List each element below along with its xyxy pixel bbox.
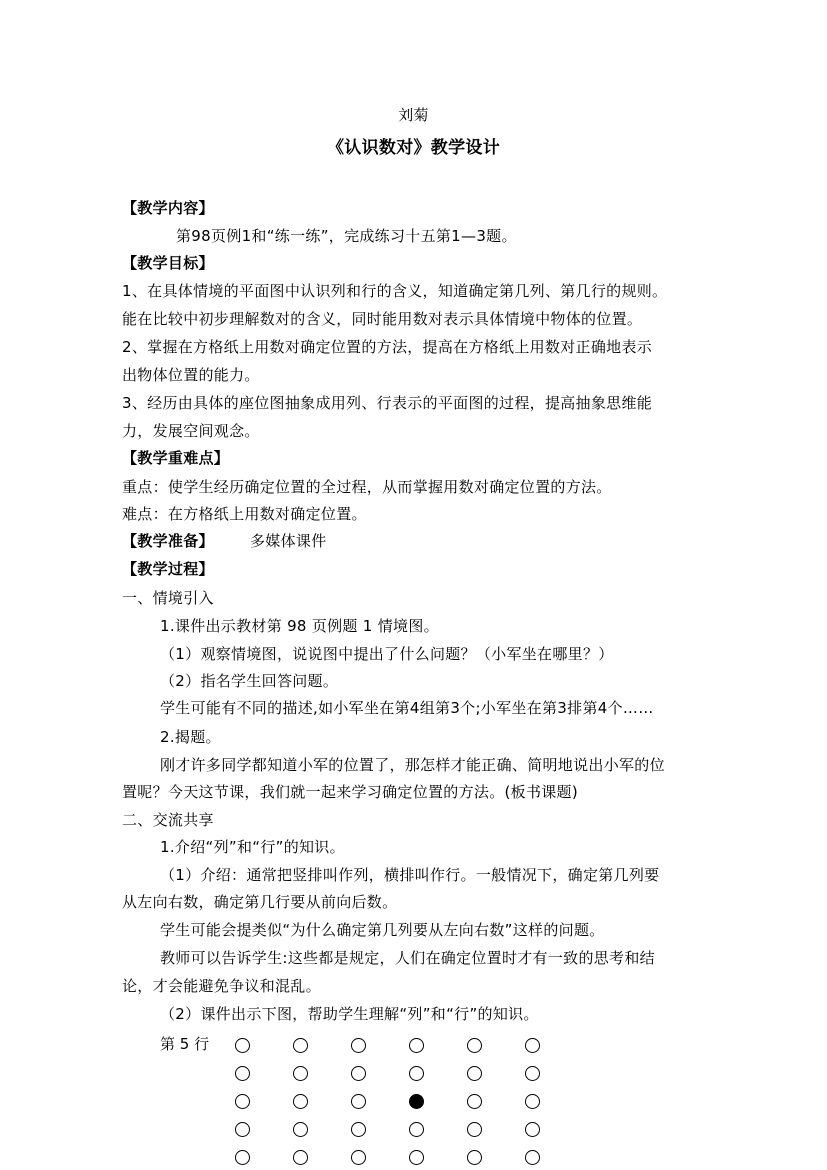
- empty-dot-icon: [409, 1150, 424, 1165]
- process-heading: 【教学过程】: [122, 559, 214, 579]
- empty-dot-icon: [467, 1066, 482, 1081]
- process-line: 学生可能有不同的描述,如小军坐在第4组第3个;小军坐在第3排第4个……: [160, 698, 654, 718]
- process-line: （1）介绍：通常把竖排叫作列，横排叫作行。一般情况下，确定第几列要: [160, 865, 659, 885]
- empty-dot-icon: [351, 1094, 366, 1109]
- empty-dot-icon: [235, 1122, 250, 1137]
- process-line: （1）观察情境图，说说图中提出了什么问题？（小军坐在哪里？）: [160, 644, 614, 664]
- goal-line: 力，发展空间观念。: [122, 421, 260, 441]
- goal-line: 1、在具体情境的平面图中认识列和行的含义，知道确定第几列、第几行的规则。: [122, 281, 667, 301]
- content-heading: 【教学内容】: [122, 198, 214, 218]
- empty-dot-icon: [293, 1150, 308, 1165]
- empty-dot-icon: [351, 1150, 366, 1165]
- empty-dot-icon: [293, 1094, 308, 1109]
- process-line: 2.揭题。: [160, 727, 221, 747]
- goal-line: 能在比较中初步理解数对的含义，同时能用数对表示具体情境中物体的位置。: [122, 309, 642, 329]
- empty-dot-icon: [235, 1150, 250, 1165]
- process-line: 教师可以告诉学生:这些都是规定，人们在确定位置时才有一致的思考和结: [160, 948, 655, 968]
- empty-dot-icon: [525, 1038, 540, 1053]
- process-line: 刚才许多同学都知道小军的位置了，那怎样才能正确、简明地说出小军的位: [160, 755, 665, 775]
- empty-dot-icon: [467, 1150, 482, 1165]
- goal-line: 2、掌握在方格纸上用数对确定位置的方法，提高在方格纸上用数对正确地表示: [122, 337, 652, 357]
- process-line: （2）指名学生回答问题。: [160, 671, 338, 691]
- empty-dot-icon: [525, 1122, 540, 1137]
- empty-dot-icon: [467, 1038, 482, 1053]
- empty-dot-icon: [467, 1094, 482, 1109]
- empty-dot-icon: [409, 1038, 424, 1053]
- document-page: 刘菊 《认识数对》教学设计 【教学内容】 第98页例1和“练一练”，完成练习十五…: [0, 0, 827, 1170]
- content-text: 第98页例1和“练一练”，完成练习十五第1—3题。: [176, 226, 517, 246]
- goal-line: 3、经历由具体的座位图抽象成用列、行表示的平面图的过程，提高抽象思维能: [122, 393, 652, 413]
- empty-dot-icon: [525, 1066, 540, 1081]
- empty-dot-icon: [409, 1122, 424, 1137]
- empty-dot-icon: [235, 1066, 250, 1081]
- empty-dot-icon: [525, 1150, 540, 1165]
- row-label: 第 5 行: [160, 1034, 209, 1054]
- prep-heading: 【教学准备】: [122, 531, 214, 551]
- empty-dot-icon: [235, 1094, 250, 1109]
- empty-dot-icon: [235, 1038, 250, 1053]
- part1-heading: 一、情境引入: [122, 588, 214, 608]
- empty-dot-icon: [351, 1038, 366, 1053]
- empty-dot-icon: [351, 1122, 366, 1137]
- prep-text: 多媒体课件: [250, 531, 327, 551]
- empty-dot-icon: [293, 1038, 308, 1053]
- empty-dot-icon: [351, 1066, 366, 1081]
- part2-heading: 二、交流共享: [122, 810, 214, 830]
- empty-dot-icon: [293, 1122, 308, 1137]
- filled-dot-icon: [409, 1094, 424, 1109]
- goal-line: 出物体位置的能力。: [122, 365, 260, 385]
- empty-dot-icon: [409, 1066, 424, 1081]
- empty-dot-icon: [467, 1122, 482, 1137]
- process-line: （2）课件出示下图，帮助学生理解“列”和“行”的知识。: [160, 1004, 539, 1024]
- key-heading: 【教学重难点】: [122, 448, 229, 468]
- process-line: 1.课件出示教材第 98 页例题 1 情境图。: [160, 616, 439, 636]
- difficult-point: 难点：在方格纸上用数对确定位置。: [122, 504, 367, 524]
- empty-dot-icon: [525, 1094, 540, 1109]
- process-line: 论，才会能避免争议和混乱。: [122, 976, 321, 996]
- author-name: 刘菊: [0, 105, 827, 125]
- empty-dot-icon: [293, 1066, 308, 1081]
- process-line: 置呢？今天这节课，我们就一起来学习确定位置的方法。(板书课题): [122, 782, 578, 802]
- document-title: 《认识数对》教学设计: [0, 138, 827, 158]
- process-line: 学生可能会提类似“为什么确定第几列要从左向右数”这样的问题。: [160, 920, 605, 940]
- goals-heading: 【教学目标】: [122, 253, 214, 273]
- process-line: 1.介绍“列”和“行”的知识。: [160, 837, 345, 857]
- process-line: 从左向右数，确定第几行要从前向后数。: [122, 892, 397, 912]
- key-point: 重点：使学生经历确定位置的全过程，从而掌握用数对确定位置的方法。: [122, 477, 612, 497]
